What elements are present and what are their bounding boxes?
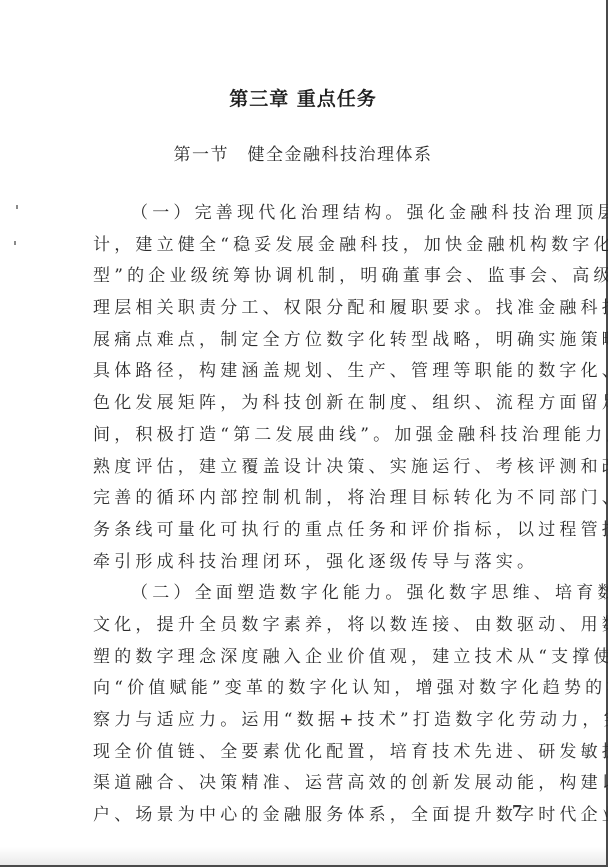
paragraph-2-line: 塑的数字理念深度融入企业价值观，建立技术从“支撑使能” — [93, 642, 533, 674]
paragraph-1-line: 牵引形成科技治理闭环，强化逐级传导与落实。 — [93, 547, 533, 579]
paragraph-1-line: 展痛点难点，制定全方位数字化转型战略，明确实施策略和 — [93, 325, 533, 357]
paragraph-2-line: 向“价值赋能”变革的数字化认知，增强对数字化趋势的洞 — [93, 673, 533, 705]
paragraph-1-line: 熟度评估，建立覆盖设计决策、实施运行、考核评测和改进 — [93, 452, 533, 484]
paragraph-1-line: 色化发展矩阵，为科技创新在制度、组织、流程方面留足空 — [93, 388, 533, 420]
paragraph-1-line: 型”的企业级统筹协调机制，明确董事会、监事会、高级管 — [93, 261, 533, 293]
paragraph-1-line: 理层相关职责分工、权限分配和履职要求。找准金融科技发 — [93, 293, 533, 325]
body-text: （一）完善现代化治理结构。强化金融科技治理顶层设 计，建立健全“稳妥发展金融科技… — [93, 198, 533, 832]
paragraph-1-line: 具体路径，构建涵盖规划、生产、管理等职能的数字化、特 — [93, 356, 533, 388]
chapter-title: 第三章 重点任务 — [0, 84, 606, 111]
paragraph-1-line: （一）完善现代化治理结构。强化金融科技治理顶层设 — [93, 198, 533, 230]
document-page: 第三章 重点任务 第一节 健全金融科技治理体系 （一）完善现代化治理结构。强化金… — [0, 0, 608, 867]
scan-margin-mark — [16, 205, 18, 209]
page-number: 7 — [512, 802, 522, 820]
scan-margin-mark — [14, 241, 16, 245]
paragraph-2-line: 户、场景为中心的金融服务体系，全面提升数字时代企业核 — [93, 800, 533, 832]
scan-bottom-shadow — [0, 847, 606, 865]
paragraph-2-line: 现全价值链、全要素优化配置，培育技术先进、研发敏捷、 — [93, 737, 533, 769]
paragraph-2-line: 察力与适应力。运用“数据+技术”打造数字化劳动力，实 — [93, 705, 533, 737]
paragraph-2-line: （二）全面塑造数字化能力。强化数字思维、培育数字 — [93, 578, 533, 610]
paragraph-1-line: 间，积极打造“第二发展曲线”。加强金融科技治理能力成 — [93, 420, 533, 452]
paragraph-2-line: 渠道融合、决策精准、运营高效的创新发展动能，构建以用 — [93, 768, 533, 800]
section-title: 第一节 健全金融科技治理体系 — [0, 140, 606, 165]
paragraph-1-line: 完善的循环内部控制机制，将治理目标转化为不同部门、业 — [93, 483, 533, 515]
paragraph-1-line: 务条线可量化可执行的重点任务和评价指标，以过程管控为 — [93, 515, 533, 547]
paragraph-1-line: 计，建立健全“稳妥发展金融科技，加快金融机构数字化转 — [93, 230, 533, 262]
paragraph-2-line: 文化，提升全员数字素养，将以数连接、由数驱动、用数重 — [93, 610, 533, 642]
